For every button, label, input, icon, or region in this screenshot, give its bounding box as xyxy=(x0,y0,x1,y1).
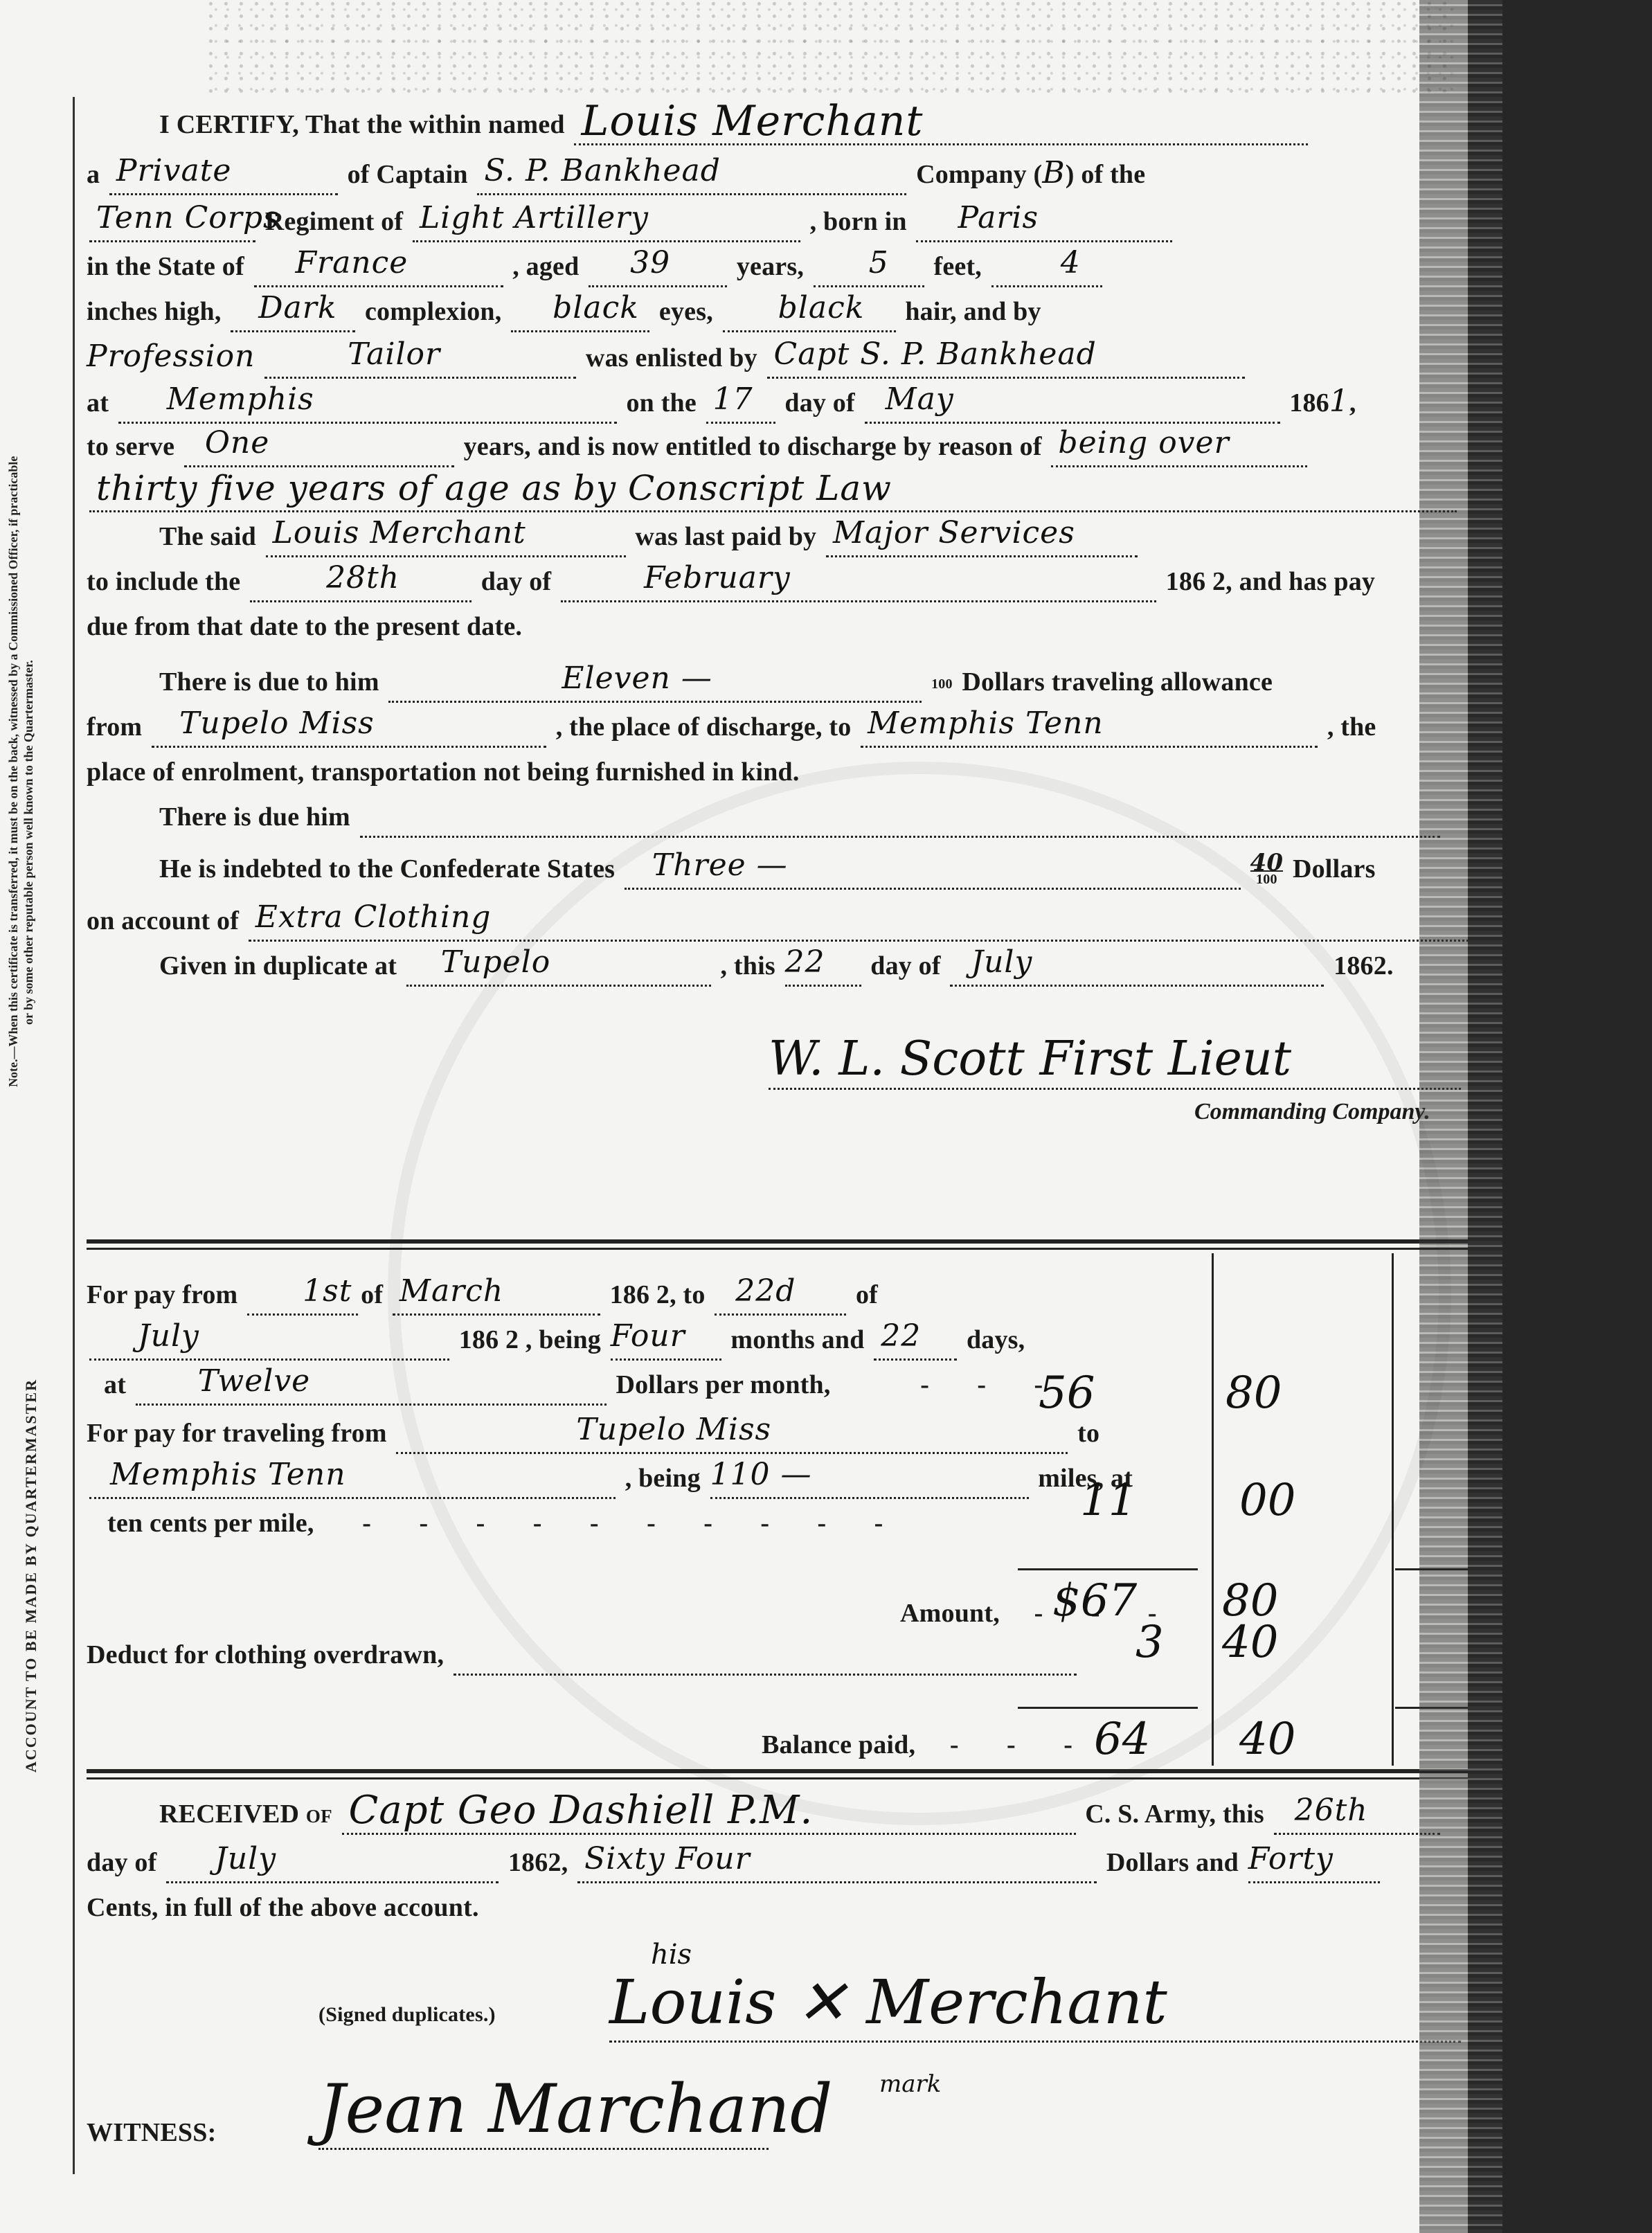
cents-words-field: Forty xyxy=(1248,1845,1380,1883)
enlist-place-field: Memphis xyxy=(118,386,617,424)
deduct-dollars: 3 xyxy=(1135,1617,1164,1668)
reason-line: thirty five years of age as by Conscript… xyxy=(87,471,1464,512)
travel-allowance-line: There is due to him Eleven — 100 Dollars… xyxy=(159,661,1464,703)
pay-cents: 80 xyxy=(1225,1367,1282,1419)
travel-miles-line: Memphis Tenn , being 110 — miles, at xyxy=(87,1458,1201,1499)
certificate-paper: Note.—When this certificate is transferr… xyxy=(0,0,1468,2233)
enlist-year-digit: 1 xyxy=(1329,384,1349,419)
signed-duplicates-label: (Signed duplicates.) xyxy=(318,1994,595,2036)
balance-rule-dollars xyxy=(1018,1707,1198,1709)
commanding-company-label: Commanding Company. xyxy=(1194,1099,1430,1125)
enlist-month-field: May xyxy=(865,386,1280,424)
term-line: to serve One years, and is now entitled … xyxy=(87,426,1464,467)
received-of-field: Capt Geo Dashiell P.M. xyxy=(342,1797,1076,1835)
height-feet-field: 5 xyxy=(814,249,924,287)
description-line: inches high, Dark complexion, black eyes… xyxy=(87,291,1464,332)
profession-label: Profession xyxy=(87,339,255,374)
birth-state-field: France xyxy=(254,249,503,287)
transfer-note: Note.—When this certificate is transferr… xyxy=(6,456,36,1087)
eyes-field: black xyxy=(511,294,649,332)
regiment-line: Tenn Corps Regiment of Light Artillery ,… xyxy=(87,201,1464,242)
reason-field-2: thirty five years of age as by Conscript… xyxy=(89,474,1457,512)
received-amount-line: day of July 1862, Sixty Four Dollars and… xyxy=(87,1842,1464,1883)
term-field: One xyxy=(184,429,454,467)
full-account-line: Cents, in full of the above account. xyxy=(87,1887,1464,1928)
soldier-signature-mark: Louis ✕ Merchant xyxy=(609,1966,1461,2043)
enlistment-line: Profession Tailor was enlisted by Capt S… xyxy=(87,336,1464,377)
rank-line: a Private of Captain S. P. Bankhead Comp… xyxy=(87,152,1464,194)
travel-to-field: Memphis Tenn xyxy=(89,1461,616,1499)
pay-due-line: due from that date to the present date. xyxy=(87,606,1464,647)
indebted-line: He is indebted to the Confederate States… xyxy=(159,848,1464,890)
travel-from-line: For pay for traveling from Tupelo Miss t… xyxy=(87,1413,1201,1454)
scan-dark-edge xyxy=(1468,0,1652,2233)
profession-field: Tailor xyxy=(264,341,576,379)
rank-field: Private xyxy=(109,157,338,195)
dollars-column-rule xyxy=(1212,1253,1214,1766)
travel-cents: 00 xyxy=(1239,1475,1295,1526)
pay-from-day-field: 1st xyxy=(247,1277,358,1316)
balance-cents: 40 xyxy=(1239,1714,1295,1765)
hair-field: black xyxy=(723,294,896,332)
balance-dollars: 64 xyxy=(1094,1714,1150,1765)
enlist-place-date-line: at Memphis on the 17 day of May 1861, xyxy=(87,381,1464,422)
pay-dollars: 56 xyxy=(1039,1367,1095,1419)
deduct-line: Deduct for clothing overdrawn, xyxy=(87,1634,1201,1676)
pay-rate-field: Twelve xyxy=(136,1367,607,1406)
pay-to-day-field: 22d xyxy=(715,1277,846,1316)
enlisted-by-field: Capt S. P. Bankhead xyxy=(767,341,1245,379)
state-age-height-line: in the State of France , aged 39 years, … xyxy=(87,246,1464,287)
height-inches-field: 4 xyxy=(991,249,1102,287)
regiment-field: Light Artillery xyxy=(413,204,800,242)
state-corps-field: Tenn Corps xyxy=(89,204,255,242)
given-place-field: Tupelo xyxy=(406,949,711,987)
enlist-day-field: 17 xyxy=(706,386,775,424)
travel-dollars: 11 xyxy=(1080,1475,1136,1526)
travel-from-field: Tupelo Miss xyxy=(396,1416,1068,1454)
pay-period-line: For pay from 1stof March 186 2, to 22d o… xyxy=(87,1274,1201,1316)
indebted-amount-field: Three — xyxy=(625,852,1241,890)
travel-allowance-field: Eleven — xyxy=(388,665,922,703)
given-month-field: July xyxy=(950,949,1324,987)
received-day-field: 26th xyxy=(1274,1797,1440,1835)
amount-rule-dollars xyxy=(1018,1568,1198,1570)
dollars-words-field: Sixty Four xyxy=(577,1845,1097,1883)
travel-route-line: from Tupelo Miss , the place of discharg… xyxy=(87,706,1464,748)
officer-signature: W. L. Scott First Lieut xyxy=(769,1032,1461,1090)
received-line: RECEIVED of Capt Geo Dashiell P.M. C. S.… xyxy=(159,1793,1464,1835)
indebted-cents-fraction: 40100 xyxy=(1250,855,1284,887)
paid-to-line: to include the 28th day of February 186 … xyxy=(87,561,1464,602)
age-field: 39 xyxy=(589,249,727,287)
miles-field: 110 — xyxy=(710,1461,1029,1499)
months-field: Four xyxy=(611,1322,721,1361)
deduct-field xyxy=(454,1638,1077,1676)
scan-noise xyxy=(208,0,1454,97)
pay-to-month-field: July xyxy=(89,1322,449,1361)
captain-field: S. P. Bankhead xyxy=(477,157,906,195)
pay-duration-line: July 186 2 , being Four months and 22 da… xyxy=(87,1319,1201,1361)
discharge-place-field: Tupelo Miss xyxy=(152,710,546,748)
mileage-rate-line: ten cents per mile, - - - - - - - - - - xyxy=(87,1503,1201,1544)
amount-dollars: $67 xyxy=(1052,1575,1137,1626)
deduct-cents: 40 xyxy=(1222,1617,1278,1668)
cents-column-rule xyxy=(1392,1253,1394,1766)
due-him-line: There is due him xyxy=(159,796,1464,838)
indebted-reason-line: on account of Extra Clothing xyxy=(87,900,1464,942)
enrolment-line: place of enrolment, transportation not b… xyxy=(87,751,1464,793)
complexion-field: Dark xyxy=(231,294,355,332)
given-line: Given in duplicate at Tupelo , this 22 d… xyxy=(159,945,1464,987)
last-paid-by-field: Major Services xyxy=(826,519,1138,557)
pay-from-month-field: March xyxy=(393,1277,600,1316)
company-letter: B xyxy=(1042,155,1065,190)
account-section-divider xyxy=(87,1239,1468,1250)
receipt-section-divider xyxy=(87,1769,1468,1779)
last-paid-line: The said Louis Merchant was last paid by… xyxy=(159,516,1464,557)
said-name-field: Louis Merchant xyxy=(266,519,626,557)
due-him-field xyxy=(360,800,1440,838)
pay-rate-line: at Twelve Dollars per month, - - - xyxy=(87,1364,1201,1406)
signature-mark-label: mark xyxy=(879,2070,941,2098)
enrolment-place-field: Memphis Tenn xyxy=(861,710,1318,748)
given-day-field: 22 xyxy=(785,949,861,987)
left-margin-rule xyxy=(73,97,75,2174)
cents-fraction: 100 xyxy=(931,676,953,692)
received-month-field: July xyxy=(166,1845,499,1883)
days-field: 22 xyxy=(874,1322,957,1361)
indebted-reason-field: Extra Clothing xyxy=(249,904,1474,942)
soldier-name-field: Louis Merchant xyxy=(574,107,1308,145)
certify-line: I CERTIFY, That the within named Louis M… xyxy=(159,104,1464,145)
witness-signature: Jean Marchand xyxy=(318,2070,769,2150)
paid-month-field: February xyxy=(561,564,1156,602)
quartermaster-note: ACCOUNT TO BE MADE BY QUARTERMASTER xyxy=(22,1379,40,1773)
paid-day-field: 28th xyxy=(250,564,472,602)
reason-field-1: being over xyxy=(1051,429,1307,467)
birthplace-field: Paris xyxy=(916,204,1172,242)
